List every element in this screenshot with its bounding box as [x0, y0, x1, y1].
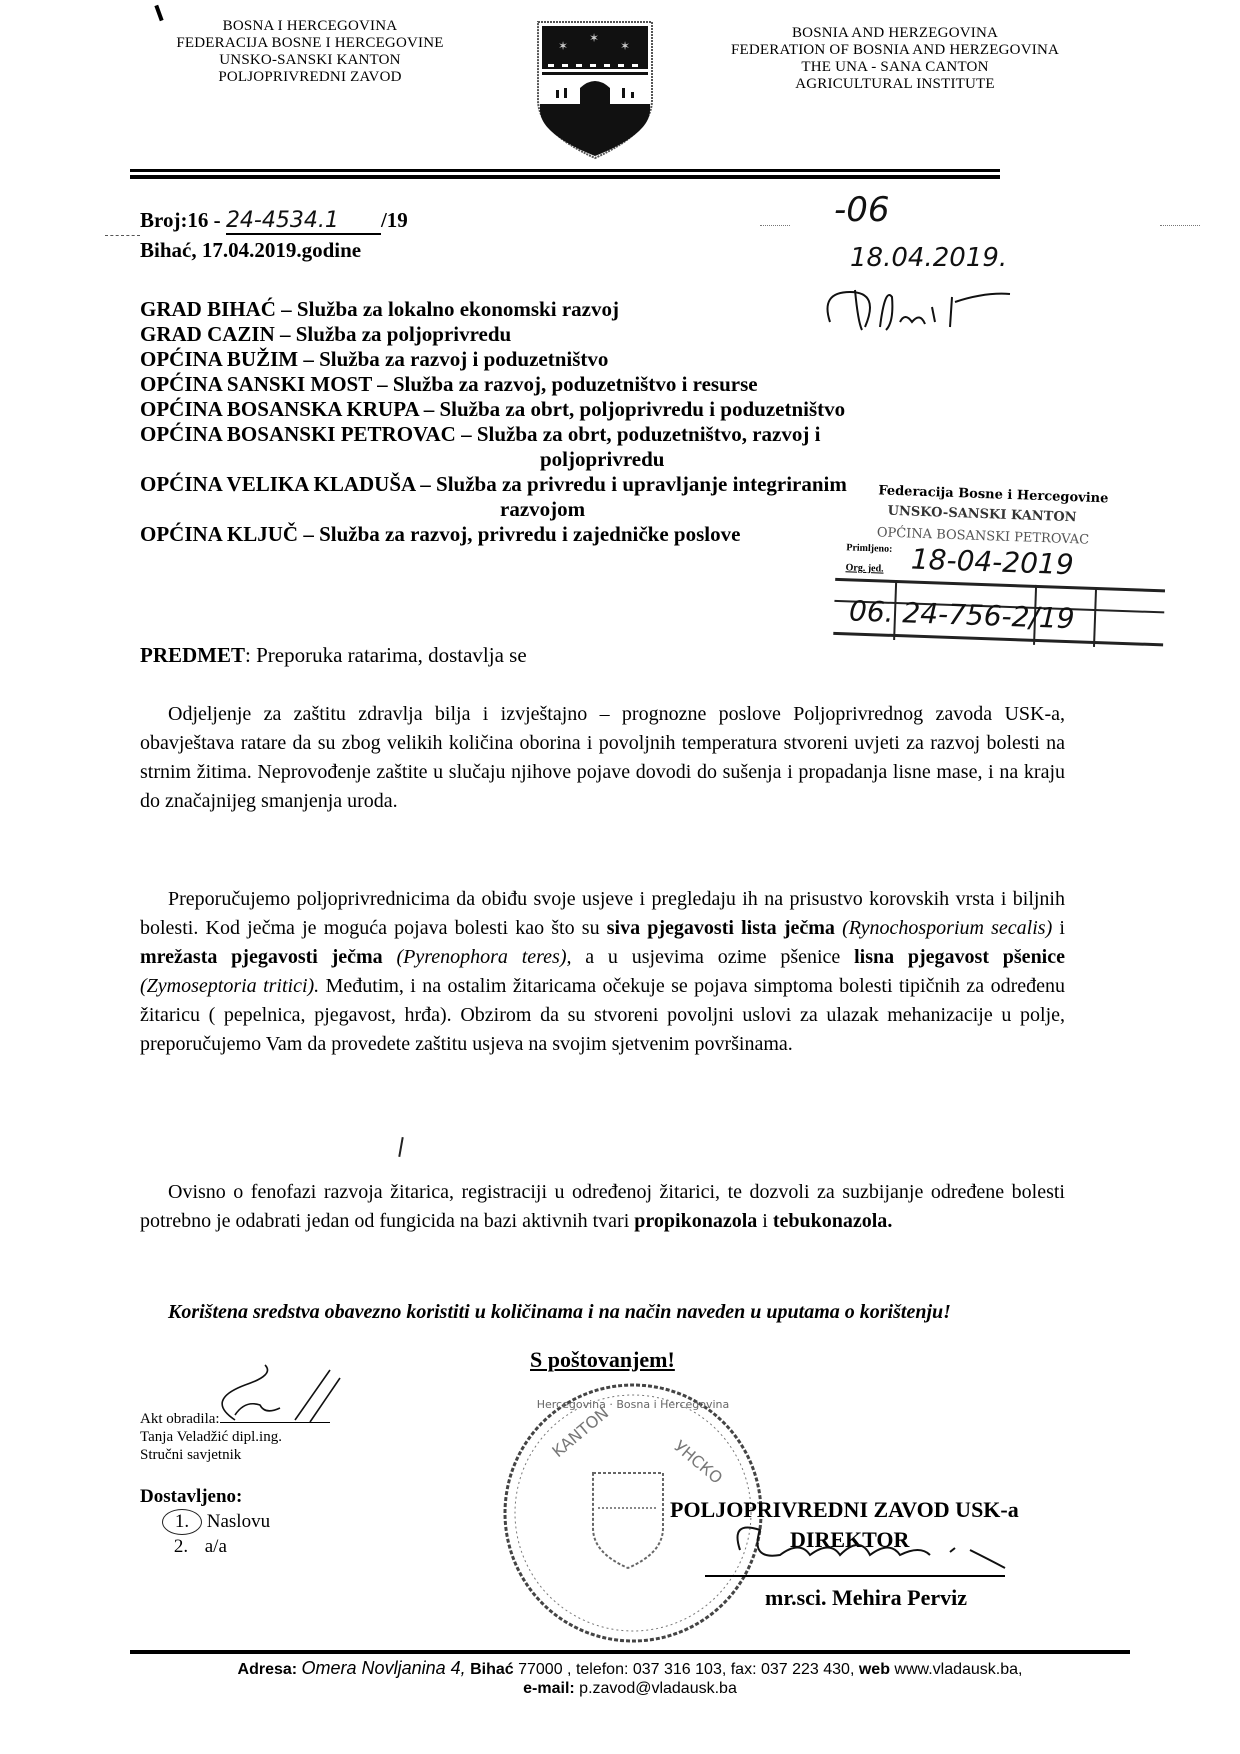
stamp-divider — [1093, 587, 1097, 647]
stamp-line — [835, 578, 1165, 593]
letterhead-right-line: AGRICULTURAL INSTITUTE — [705, 76, 1085, 93]
prepared-by: Akt obradila: Tanja Veladžić dipl.ing. S… — [140, 1410, 330, 1464]
director-signature-line — [705, 1575, 1005, 1577]
svg-text:Hercegovina · Bosna i Hercegov: Hercegovina · Bosna i Hercegovina — [537, 1398, 730, 1411]
paragraph-text: i — [1052, 917, 1065, 939]
recipient: OPĆINA BOSANSKI PETROVAC – Služba za obr… — [140, 422, 847, 447]
letterhead-left-line: BOSNA I HERCEGOVINA — [160, 18, 460, 35]
delivered-label: Dostavljeno: — [140, 1485, 270, 1509]
svg-text:УНСКО: УНСКО — [670, 1437, 726, 1488]
subject-line: PREDMET: Preporuka ratarima, dostavlja s… — [140, 643, 527, 668]
director-name: mr.sci. Mehira Perviz — [765, 1585, 967, 1611]
paragraph-text: a u usjevima ozime pšenice — [571, 946, 854, 968]
recipient: OPĆINA BUŽIM – Služba za razvoj i poduze… — [140, 347, 847, 372]
body-paragraph-3: Ovisno o fenofazi razvoja žitarica, regi… — [140, 1178, 1065, 1236]
signature-line — [220, 1422, 330, 1423]
delivered-item-text: Naslovu — [207, 1511, 270, 1532]
usage-warning: Korištena sredstva obavezno koristiti u … — [140, 1298, 1065, 1327]
body-paragraph-1: Odjeljenje za zaštitu zdravlja bilja i i… — [140, 700, 1065, 816]
recipient: OPĆINA KLJUČ – Služba za razvoj, privred… — [140, 522, 847, 547]
dot-marks — [760, 225, 790, 226]
prepared-by-role: Stručni savjetnik — [140, 1446, 330, 1464]
subject-label: PREDMET — [140, 643, 245, 667]
body-paragraph-2: Preporučujemo poljoprivrednicima da obiđ… — [140, 885, 1065, 1059]
delivered-item: 2. a/a — [140, 1535, 270, 1559]
footer-street: Omera Novljanina 4, — [302, 1658, 466, 1678]
reference-number: Broj:16 - 24-4534.1/19 — [140, 208, 408, 235]
paragraph-text: . — [887, 1210, 892, 1232]
footer-label: e-mail: — [523, 1680, 575, 1697]
footer-label: web — [859, 1661, 890, 1678]
coat-of-arms-icon: ✶ ✶ ✶ — [536, 20, 654, 160]
paragraph-text: i — [757, 1210, 773, 1232]
broj-label: Broj:16 - — [140, 208, 221, 232]
delivered-item: 1. Naslovu — [140, 1509, 270, 1535]
active-substance: tebukonazola — [773, 1210, 887, 1232]
warning-text: Korištena sredstva obavezno koristiti u … — [168, 1301, 951, 1323]
recipient: OPĆINA VELIKA KLADUŠA – Služba za privre… — [140, 472, 847, 497]
stamp-date: 18-04-2019 — [910, 543, 1074, 582]
director-signature-icon — [720, 1510, 1010, 1585]
letterhead-right-line: THE UNA - SANA CANTON — [705, 59, 1085, 76]
active-substance: propikonazola — [634, 1210, 757, 1232]
handwritten-date: 18.04.2019. — [850, 243, 1007, 273]
recipient-continuation: poljoprivredu — [140, 447, 847, 472]
handwritten-code: -06 — [834, 190, 890, 230]
footer-divider — [130, 1650, 1130, 1654]
stamp-line — [833, 632, 1163, 647]
recipient-continuation: razvojom — [140, 497, 847, 522]
footer-city: Bihać — [470, 1661, 514, 1678]
letterhead-left-line: UNSKO-SANSKI KANTON — [160, 52, 460, 69]
pen-mark — [398, 1137, 403, 1157]
letterhead-right: BOSNIA AND HERZEGOVINA FEDERATION OF BOS… — [705, 25, 1085, 93]
header-divider — [130, 175, 1000, 179]
received-stamp: Federacija Bosne i Hercegovine UNSKO-SAN… — [852, 483, 1169, 694]
footer-web-link[interactable]: www.vladausk.ba, — [894, 1661, 1022, 1678]
footer-address: Adresa: Omera Novljanina 4, Bihać 77000 … — [130, 1658, 1130, 1679]
footer-email: e-mail: p.zavod@vladausk.ba — [130, 1680, 1130, 1698]
latin-name: (Zymoseptoria tritici). — [140, 975, 319, 997]
dot-marks — [1160, 225, 1200, 226]
latin-name: (Rynochosporium secalis) — [835, 917, 1052, 939]
disease-name: lisna pjegavost pšenice — [854, 946, 1065, 968]
svg-text:✶: ✶ — [589, 31, 599, 45]
recipient: OPĆINA BOSANSKA KRUPA – Služba za obrt, … — [140, 397, 847, 422]
recipient: GRAD BIHAĆ – Služba za lokalno ekonomski… — [140, 297, 847, 322]
svg-text:KANTON: KANTON — [548, 1403, 612, 1461]
disease-name: siva pjegavosti lista ječma — [607, 917, 835, 939]
delivered-item-text: a/a — [205, 1536, 227, 1557]
footer-email-link[interactable]: p.zavod@vladausk.ba — [579, 1680, 737, 1697]
svg-text:✶: ✶ — [558, 39, 568, 53]
header-divider — [130, 169, 1000, 172]
broj-handwritten: 24-4534.1 — [226, 208, 381, 235]
paragraph-text: Ovisno o fenofazi razvoja žitarica, regi… — [140, 1181, 1065, 1232]
delivered-item-num: 2. — [162, 1535, 200, 1559]
prepared-by-label: Akt obradila: — [140, 1411, 220, 1427]
stamp-header: Federacija Bosne i Hercegovine — [878, 483, 1109, 506]
letterhead-right-line: BOSNIA AND HERZEGOVINA — [705, 25, 1085, 42]
broj-suffix: /19 — [381, 208, 408, 232]
closing-greeting: S poštovanjem! — [530, 1347, 675, 1373]
recipient: GRAD CAZIN – Služba za poljoprivredu — [140, 322, 847, 347]
stamp-label-primljeno: Primljeno: — [846, 542, 892, 555]
disease-name: mrežasta pjegavosti ječma — [140, 946, 383, 968]
svg-text:✶: ✶ — [620, 39, 630, 53]
paragraph-text: Odjeljenje za zaštitu zdravlja bilja i i… — [140, 703, 1065, 812]
dash-mark — [105, 235, 140, 236]
document-date: Bihać, 17.04.2019.godine — [140, 238, 361, 263]
stamp-canton: UNSKO-SANSKI KANTON — [887, 504, 1076, 526]
footer-contacts: 77000 , telefon: 037 316 103, fax: 037 2… — [518, 1661, 854, 1678]
letterhead-left: BOSNA I HERCEGOVINA FEDERACIJA BOSNE I H… — [160, 18, 460, 86]
delivered-item-num: 1. — [162, 1509, 202, 1535]
delivered-section: Dostavljeno: 1. Naslovu 2. a/a — [140, 1485, 270, 1559]
footer-label: Adresa: — [238, 1661, 298, 1678]
stamp-label-org: Org. jed. — [845, 562, 883, 574]
prepared-by-name: Tanja Veladžić dipl.ing. — [140, 1428, 330, 1446]
latin-name: (Pyrenophora teres), — [383, 946, 572, 968]
stamp-number: 06. 24-756-2/19 — [849, 594, 1076, 635]
letterhead-right-line: FEDERATION OF BOSNIA AND HERZEGOVINA — [705, 42, 1085, 59]
letterhead-left-line: POLJOPRIVREDNI ZAVOD — [160, 69, 460, 86]
recipient: OPĆINA SANSKI MOST – Služba za razvoj, p… — [140, 372, 847, 397]
recipients-list: GRAD BIHAĆ – Služba za lokalno ekonomski… — [140, 297, 847, 547]
subject-text: : Preporuka ratarima, dostavlja se — [245, 643, 527, 667]
letterhead-left-line: FEDERACIJA BOSNE I HERCEGOVINE — [160, 35, 460, 52]
